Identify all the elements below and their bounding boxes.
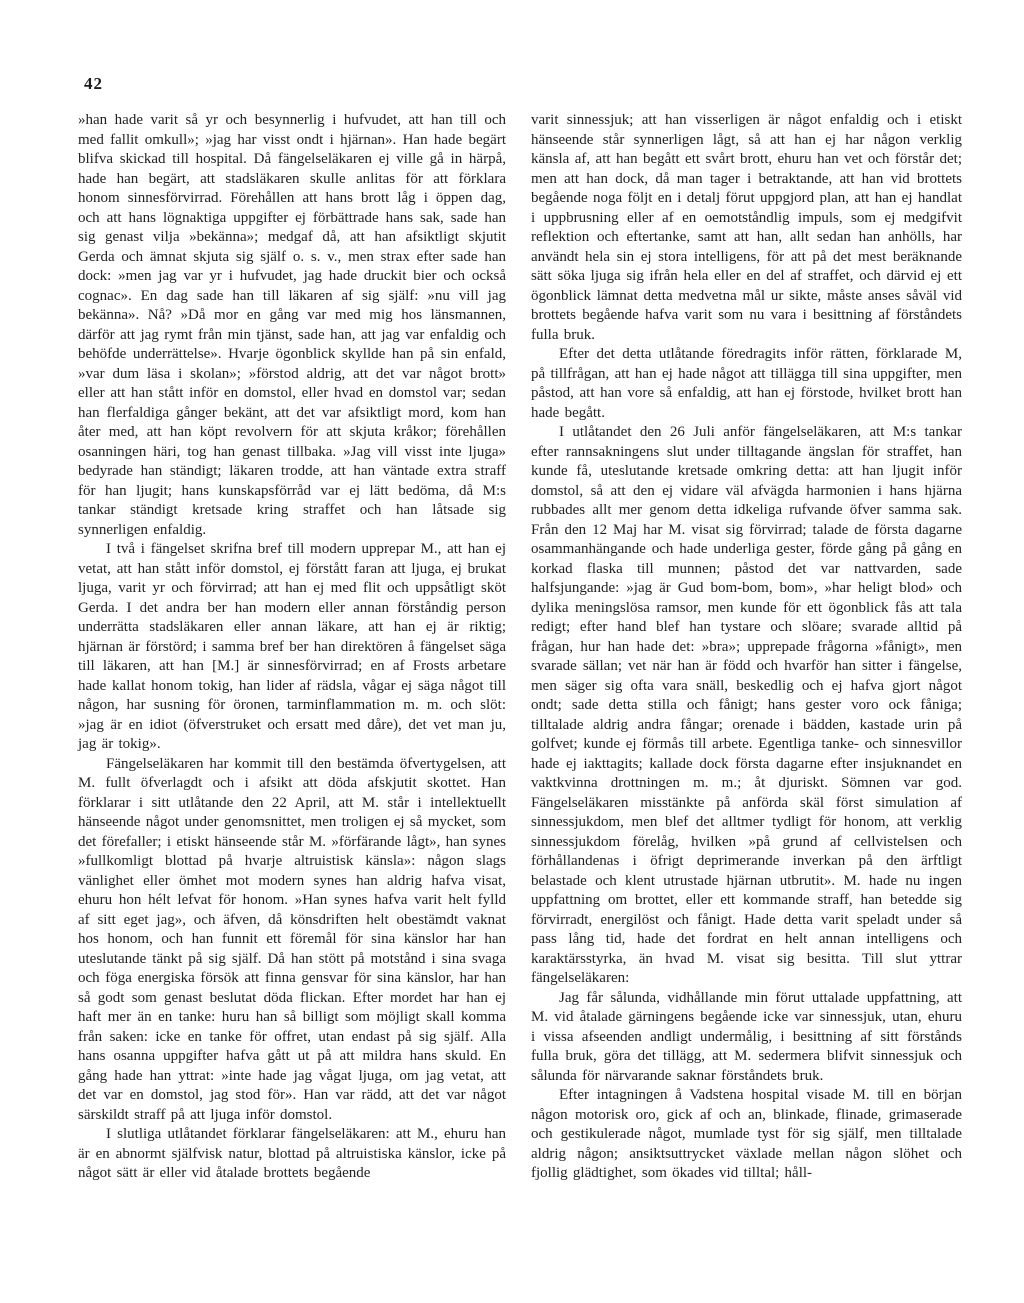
page-number: 42 xyxy=(84,74,103,94)
paragraph: I slutliga utlåtandet förklarar fängelse… xyxy=(78,1125,506,1184)
paragraph: I utlåtandet den 26 Juli anför fängelsel… xyxy=(531,423,962,989)
scanned-book-page: 42 »han hade varit så yr och besynnerlig… xyxy=(0,0,1024,1303)
paragraph: Efter intagningen å Vadstena hospital vi… xyxy=(531,1086,962,1184)
paragraph: Jag får sålunda, vidhållande min förut u… xyxy=(531,989,962,1087)
right-column: varit sinnessjuk; att han visserligen är… xyxy=(531,111,962,1184)
paragraph: Efter det detta utlåtande föredragits in… xyxy=(531,345,962,423)
paragraph: I två i fängelset skrifna bref till mode… xyxy=(78,540,506,755)
paragraph: »han hade varit så yr och besynnerlig i … xyxy=(78,111,506,540)
left-column: »han hade varit så yr och besynnerlig i … xyxy=(78,111,506,1184)
paragraph: Fängelseläkaren har kommit till den best… xyxy=(78,755,506,1126)
paragraph: varit sinnessjuk; att han visserligen är… xyxy=(531,111,962,345)
